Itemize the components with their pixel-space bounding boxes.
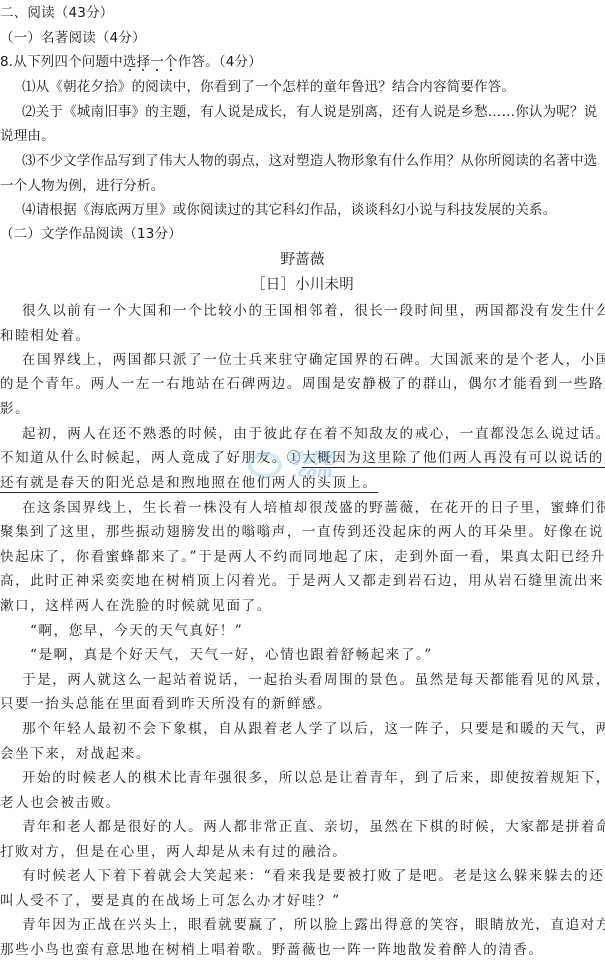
emphasis-dots (123, 69, 178, 73)
underlined-line-2: 还有就是春天的阳光总是和煦地照在他们两人的头顶上。 (0, 474, 605, 492)
para-line: 很久以前有一个大国和一个比较小的王国相邻着，很长一段时间里，两国都没有发生什么事… (22, 302, 605, 320)
para-line: 打败对方，但是在心里，两人却是从未有过的融洽。 (0, 843, 605, 861)
para-line: 只要一抬头总能在里面看到昨天所没有的新鲜感。 (0, 695, 605, 713)
para-line: 的是个青年。两人一左一右地站在石碑两边。周围是安静极了的群山，偶尔才能看到一些路… (0, 375, 605, 393)
para-line: 起初，两人在还不熟悉的时候，由于彼此存在着不知敌友的戒心，一直都没怎么说过话。可… (22, 425, 605, 443)
underlined-sentence-2: 还有就是春天的阳光总是和煦地照在他们两人的头顶上。 (0, 475, 378, 493)
para-line: 于是，两人就这么一起站着说话，一起抬头看周围的景色。虽然是每天都能看见的风景，但… (22, 671, 605, 689)
para-line: 聚集到了这里，那些振动翅膀发出的嗡嗡声，一直传到还没起床的两人的耳朵里。好像在说… (0, 523, 605, 541)
para-line: 在国界线上，两国都只派了一位士兵来驻守确定国界的石碑。大国派来的是个老人，小国派… (22, 351, 605, 369)
para-line: 青年因为正战在兴头上，眼看就要赢了，所以脸上露出得意的笑容，眼睛放光，直追对方的… (22, 916, 605, 934)
question-8: 8.从下列四个问题中选择一个作答。（4分） (0, 53, 605, 71)
para-line: 影。 (0, 400, 605, 418)
para-line: 高，此时正神采奕奕地在树梢顶上闪着光。于是两人又都走到岩石边，用从岩石缝里流出来… (0, 572, 605, 590)
option-3: ⑶不少文学作品写到了伟大人物的弱点，这对塑造人物形象有什么作用？从你所阅读的名著… (22, 152, 605, 170)
option-4: ⑷请根据《海底两万里》或你阅读过的其它科幻作品，谈谈科幻小说与科技发展的关系。 (22, 201, 605, 219)
para-line: 漱口，这样两人在洗脸的时候就见面了。 (0, 597, 605, 615)
para-line: 那个年轻人最初不会下象棋，自从跟着老人学了以后，这一阵子，只要是和暖的天气，两人… (22, 720, 605, 738)
part2-heading: （二）文学作品阅读（13分） (0, 225, 605, 243)
para-line: 叫人受不了，要是真的在战场上可怎么办才好哇？” (0, 892, 605, 910)
para-line: 那些小鸟也蛮有意思地在树梢上唱着歌。野蔷薇也一阵一阵地散发着醉人的清香。 (0, 941, 605, 959)
para-line: 会坐下来，对战起来。 (0, 745, 605, 763)
story-author: ［日］小川未明 (0, 276, 605, 294)
question-suffix: 作答。（4分） (178, 54, 262, 70)
para-line: 青年和老人都是很好的人。两人都非常正直、亲切，虽然在下棋的时候，大家都是拼着命地… (22, 818, 605, 836)
emphasis-text: 选择一个 (123, 54, 178, 70)
underlined-sentence-1: 大概因为这里除了他们两人再没有可以说话的对象了， (302, 450, 605, 468)
option-1: ⑴从《朝花夕拾》的阅读中，你看到了一个怎样的童年鲁迅？结合内容简要作答。 (22, 78, 605, 96)
para-line: 快起床了，你看蜜蜂都来了。”于是两人不约而同地起了床，走到外面一看，果真太阳已经… (0, 548, 605, 566)
dialogue-line: “是啊，真是个好天气，天气一好，心情也跟着舒畅起来了。” (30, 646, 605, 664)
para-line: 有时候老人下着下着就会大笑起来：“看来我是要被打败了是吧。老是这么躲来躲去的还真… (22, 867, 605, 885)
para-line: 在这条国界线上，生长着一株没有人培植却很茂盛的野蔷薇，在花开的日子里，蜜蜂们很早… (22, 499, 605, 517)
dialogue-line: “啊，您早，今天的天气真好！” (30, 622, 605, 640)
option-2: ⑵关于《城南旧事》的主题，有人说是成长，有人说是别离，还有人说是乡愁……你认为呢… (22, 103, 605, 121)
para-line: 开始的时候老人的棋术比青年强很多，所以总是让着青年，到了后来，即使按着规矩下，有… (22, 769, 605, 787)
friend-line: 不知道从什么时候起，两人竟成了好朋友。①大概因为这里除了他们两人再没有可以说话的… (0, 449, 605, 467)
story-title: 野蔷薇 (0, 251, 605, 269)
part1-heading: （一）名著阅读（4分） (0, 29, 605, 47)
option-2-cont: 说理由。 (0, 127, 605, 145)
section-heading: 二、阅读（43分） (0, 4, 605, 22)
annotation-marker: ① (287, 450, 302, 466)
option-3-cont: 一个人物为例，进行分析。 (0, 177, 605, 195)
para-line: 老人也会被击败。 (0, 794, 605, 812)
question-prefix: 8.从下列四个问题中 (0, 54, 123, 70)
para-line: 和睦相处着。 (0, 327, 605, 345)
